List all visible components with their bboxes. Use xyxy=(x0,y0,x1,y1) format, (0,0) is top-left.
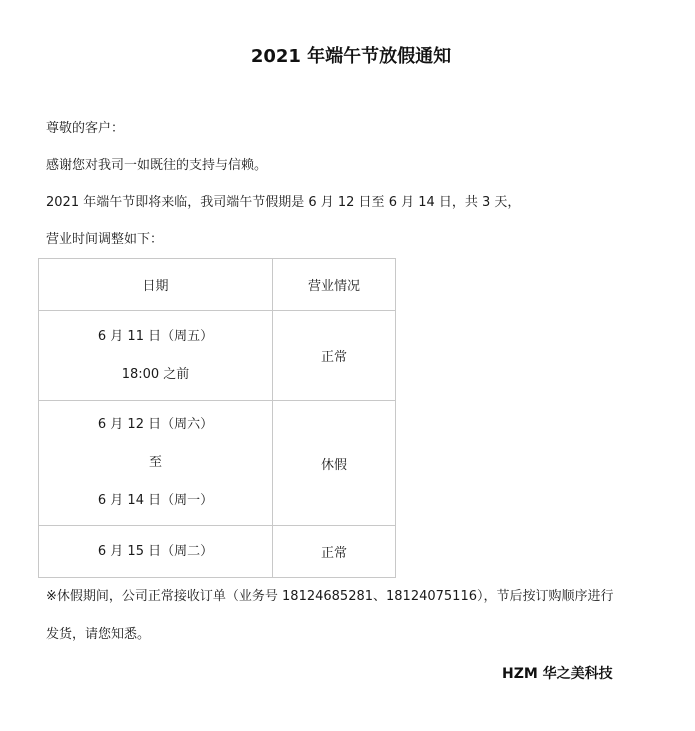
holiday-announcement: 2021 年端午节即将来临，我司端午节假期是 6 月 12 日至 6 月 14 … xyxy=(46,195,520,211)
date-line: 6 月 14 日（周一） xyxy=(39,493,272,509)
greeting: 尊敬的客户： xyxy=(46,121,124,137)
status-cell: 正常 xyxy=(273,311,396,401)
business-hours-table: 日期 营业情况 6 月 11 日（周五） 18:00 之前 正常 6 月 12 … xyxy=(38,258,396,578)
date-line: 6 月 15 日（周二） xyxy=(39,544,272,560)
note-line-2: 发货，请您知悉。 xyxy=(46,627,150,643)
schedule-intro: 营业时间调整如下： xyxy=(46,232,163,248)
note-line-1: ※休假期间，公司正常接收订单（业务号 18124685281、181240751… xyxy=(46,589,614,605)
header-status: 营业情况 xyxy=(273,259,396,311)
date-cell: 6 月 11 日（周五） 18:00 之前 xyxy=(39,311,273,401)
date-cell: 6 月 12 日（周六） 至 6 月 14 日（周一） xyxy=(39,401,273,526)
company-signature: HZM 华之美科技 xyxy=(502,663,613,683)
table-row: 6 月 11 日（周五） 18:00 之前 正常 xyxy=(39,311,396,401)
status-cell: 正常 xyxy=(273,526,396,578)
date-line: 6 月 11 日（周五） xyxy=(39,329,272,345)
table-row: 6 月 15 日（周二） 正常 xyxy=(39,526,396,578)
date-line: 至 xyxy=(39,455,272,471)
thanks-text: 感谢您对我司一如既往的支持与信赖。 xyxy=(46,158,267,174)
date-cell: 6 月 15 日（周二） xyxy=(39,526,273,578)
header-date: 日期 xyxy=(39,259,273,311)
date-line: 18:00 之前 xyxy=(39,367,272,383)
document-title: 2021 年端午节放假通知 xyxy=(0,42,695,68)
table-row: 6 月 12 日（周六） 至 6 月 14 日（周一） 休假 xyxy=(39,401,396,526)
date-line: 6 月 12 日（周六） xyxy=(39,417,272,433)
table-header-row: 日期 营业情况 xyxy=(39,259,396,311)
status-cell: 休假 xyxy=(273,401,396,526)
